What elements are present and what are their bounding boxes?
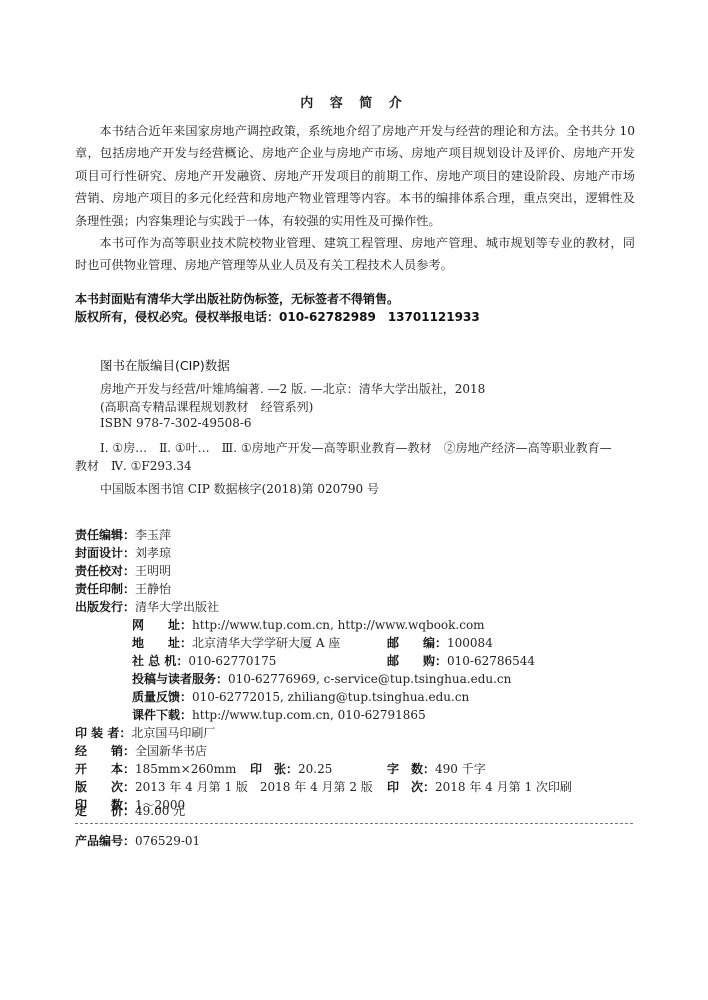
credit-editor: 责任编辑：李玉萍: [75, 527, 171, 544]
credit-value: 全国新华书店: [135, 744, 207, 758]
credit-value: 49.00 元: [135, 804, 185, 818]
credit-label: 社 总 机：: [132, 654, 188, 668]
credit-label: 字 数：: [387, 762, 435, 776]
credit-value: http://www.tup.com.cn, 010-62791865: [192, 708, 426, 722]
credit-sheets: 印 张：20.25: [250, 761, 332, 778]
credit-value: 010-62776969, c-service@tup.tsinghua.edu…: [228, 672, 511, 686]
credit-printer: 印 装 者：北京国马印刷厂: [75, 725, 215, 742]
summary-paragraph: 本书可作为高等职业技术院校物业管理、建筑工程管理、房地产管理、城市规划等专业的教…: [75, 232, 635, 277]
dashed-divider: [75, 823, 633, 824]
credit-value: 刘孝琼: [135, 546, 171, 560]
credit-mail-order: 邮 购：010-62786544: [387, 653, 535, 670]
credit-print-manager: 责任印制：王静怡: [75, 581, 171, 598]
page-title: 内 容 简 介: [0, 92, 708, 111]
credit-label: 印 次：: [387, 780, 435, 794]
credit-value: 王静怡: [135, 582, 171, 596]
credit-label: 邮 编：: [387, 636, 447, 650]
credit-value: 20.25: [298, 762, 332, 776]
credit-value: 2013 年 4 月第 1 版 2018 年 4 月第 2 版: [135, 780, 373, 794]
credit-format: 开 本：185mm×260mm: [75, 761, 236, 778]
credit-label: 责任编辑：: [75, 528, 135, 542]
credit-word-count: 字 数：490 千字: [387, 761, 486, 778]
cip-classification-line-1: Ⅰ. ①房… Ⅱ. ①叶… Ⅲ. ①房地产开发—高等职业教育—教材 ②房地产经济…: [100, 439, 612, 456]
credit-label: 地 址：: [132, 636, 192, 650]
credit-edition: 版 次：2013 年 4 月第 1 版 2018 年 4 月第 2 版: [75, 779, 373, 796]
credit-label: 邮 购：: [387, 654, 447, 668]
credit-value: http://www.tup.com.cn, http://www.wqbook…: [192, 618, 485, 632]
credit-quality-feedback: 质量反馈：010-62772015, zhiliang@tup.tsinghua…: [132, 689, 469, 706]
credit-label: 定 价：: [75, 804, 135, 818]
credit-switchboard: 社 总 机：010-62770175: [132, 653, 276, 670]
cip-series-line: (高职高专精品课程规划教材 经管系列): [100, 398, 313, 415]
credit-label: 出版发行：: [75, 600, 135, 614]
credit-label: 版 次：: [75, 780, 135, 794]
credit-label: 开 本：: [75, 762, 135, 776]
credit-label: 经 销：: [75, 744, 135, 758]
credit-value: 100084: [447, 636, 493, 650]
product-number: 产品编号：076529-01: [75, 833, 200, 850]
credit-value: 北京国马印刷厂: [131, 726, 215, 740]
credit-value: 清华大学出版社: [135, 600, 219, 614]
copyright-page: 内 容 简 介 本书结合近年来国家房地产调控政策，系统地介绍了房地产开发与经营的…: [0, 0, 708, 1000]
anti-counterfeit-notice: 本书封面贴有清华大学出版社防伪标签，无标签者不得销售。: [75, 290, 399, 307]
content-summary: 本书结合近年来国家房地产调控政策，系统地介绍了房地产开发与经营的理论和方法。全书…: [75, 120, 635, 277]
copyright-notice: 版权所有，侵权必究。侵权举报电话：010-62782989 1370112193…: [75, 308, 480, 325]
credit-impression: 印 次：2018 年 4 月第 1 次印刷: [387, 779, 572, 796]
credit-value: 2018 年 4 月第 1 次印刷: [435, 780, 572, 794]
credit-value: 010-62772015, zhiliang@tup.tsinghua.edu.…: [192, 690, 469, 704]
cip-record-number: 中国版本图书馆 CIP 数据核字(2018)第 020790 号: [100, 480, 379, 497]
summary-paragraph: 本书结合近年来国家房地产调控政策，系统地介绍了房地产开发与经营的理论和方法。全书…: [75, 120, 635, 232]
credit-value: 490 千字: [435, 762, 486, 776]
cip-heading: 图书在版编目(CIP)数据: [100, 356, 230, 374]
credit-value: 010-62770175: [188, 654, 276, 668]
credit-value: 185mm×260mm: [135, 762, 236, 776]
credit-cover-design: 封面设计：刘孝琼: [75, 545, 171, 562]
credit-label: 网 址：: [132, 618, 192, 632]
credit-courseware: 课件下载：http://www.tup.com.cn, 010-62791865: [132, 707, 426, 724]
credit-value: 李玉萍: [135, 528, 171, 542]
credit-proofreader: 责任校对：王明明: [75, 563, 171, 580]
credit-label: 印 装 者：: [75, 726, 131, 740]
credit-label: 质量反馈：: [132, 690, 192, 704]
credit-website: 网 址：http://www.tup.com.cn, http://www.wq…: [132, 617, 485, 634]
cip-classification-line-2: 教材 Ⅳ. ①F293.34: [75, 457, 192, 474]
credit-price-line: 定 价：49.00 元: [75, 803, 185, 820]
credit-label: 印 张：: [250, 762, 298, 776]
cip-title-line: 房地产开发与经营/叶雉鸠编著. —2 版. —北京：清华大学出版社，2018: [100, 380, 485, 397]
credit-reader-service: 投稿与读者服务：010-62776969, c-service@tup.tsin…: [132, 671, 511, 688]
credit-value: 010-62786544: [447, 654, 535, 668]
credit-postcode: 邮 编：100084: [387, 635, 493, 652]
product-label: 产品编号：: [75, 834, 135, 848]
credit-publisher: 出版发行：清华大学出版社: [75, 599, 219, 616]
credit-value: 王明明: [135, 564, 171, 578]
cip-isbn: ISBN 978-7-302-49508-6: [100, 416, 252, 430]
credit-distributor: 经 销：全国新华书店: [75, 743, 207, 760]
credit-label: 封面设计：: [75, 546, 135, 560]
product-value: 076529-01: [135, 834, 200, 848]
credit-label: 责任校对：: [75, 564, 135, 578]
credit-label: 投稿与读者服务：: [132, 672, 228, 686]
credit-label: 责任印制：: [75, 582, 135, 596]
credit-value: 北京清华大学学研大厦 A 座: [192, 636, 340, 650]
credit-label: 课件下载：: [132, 708, 192, 722]
credit-address: 地 址：北京清华大学学研大厦 A 座: [132, 635, 340, 652]
